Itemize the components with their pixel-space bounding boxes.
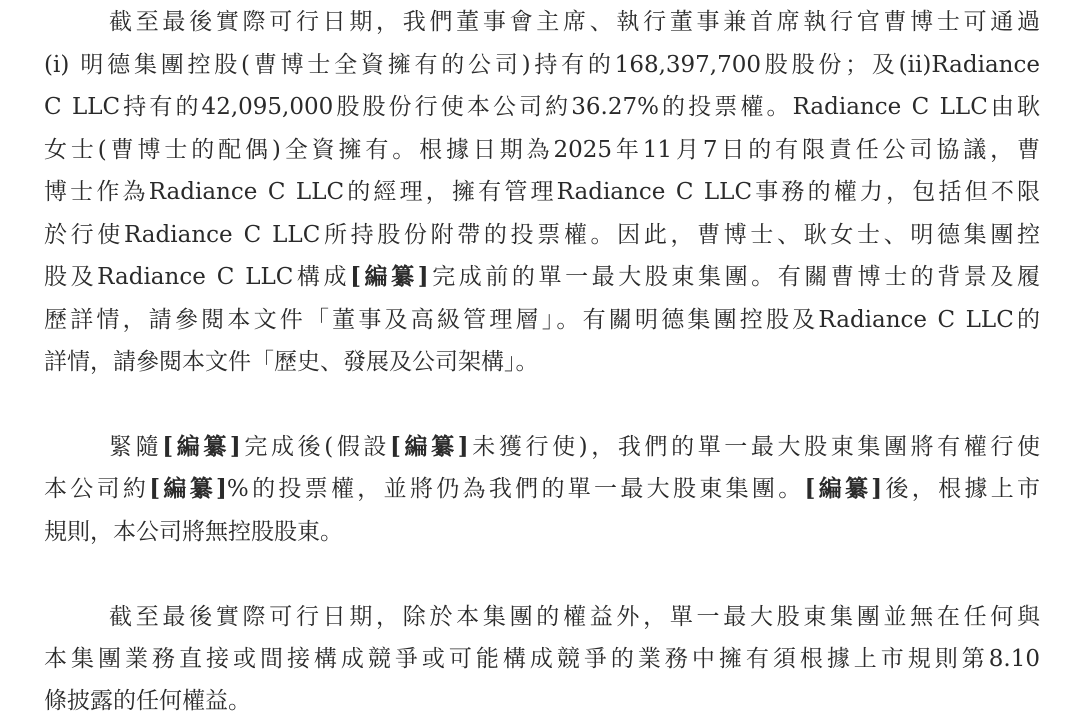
redaction-marker: [編纂] — [390, 433, 469, 460]
paragraph-line: 博士作為Radiance C LLC的經理，擁有管理Radiance C LLC… — [44, 172, 1040, 212]
paragraph-line: 條披露的任何權益。 — [44, 681, 1040, 720]
paragraph-line: 本集團業務直接或間接構成競爭或可能構成競爭的業務中擁有須根據上市規則第8.10 — [44, 639, 1040, 679]
paragraph-line: (i) 明德集團控股(曹博士全資擁有的公司)持有的168,397,700股股份；… — [44, 45, 1040, 85]
document-page: 截至最後實際可行日期，我們董事會主席、執行董事兼首席執行官曹博士可通過 (i) … — [0, 0, 1067, 720]
paragraph-line: 女士(曹博士的配偶)全資擁有。根據日期為2025年11月7日的有限責任公司協議，… — [44, 130, 1040, 170]
paragraph-line: 本公司約[編纂]%的投票權，並將仍為我們的單一最大股東集團。[編纂]後，根據上市 — [44, 469, 1040, 509]
redaction-marker: [編纂] — [350, 263, 429, 290]
paragraph-line: C LLC持有的42,095,000股股份行使本公司約36.27%的投票權。Ra… — [44, 87, 1040, 127]
paragraph-line: 於行使Radiance C LLC所持股份附帶的投票權。因此，曹博士、耿女士、明… — [44, 215, 1040, 255]
redaction-marker: [編纂] — [149, 475, 227, 502]
paragraph-line: 規則，本公司將無控股股東。 — [44, 512, 1040, 552]
paragraph-line: 緊隨[編纂]完成後(假設[編纂]未獲行使)，我們的單一最大股東集團將有權行使 — [109, 427, 1040, 467]
paragraph-line: 股及Radiance C LLC構成[編纂]完成前的單一最大股東集團。有關曹博士… — [44, 257, 1040, 297]
paragraph-line: 截至最後實際可行日期，我們董事會主席、執行董事兼首席執行官曹博士可通過 — [109, 2, 1040, 42]
paragraph-line: 截至最後實際可行日期，除於本集團的權益外，單一最大股東集團並無在任何與 — [109, 597, 1040, 637]
paragraph-line: 詳情，請參閱本文件「歷史、發展及公司架構」。 — [44, 342, 1040, 382]
redaction-marker: [編纂] — [805, 475, 883, 502]
paragraph-line: 歷詳情，請參閱本文件「董事及高級管理層」。有關明德集團控股及Radiance C… — [44, 300, 1040, 340]
redaction-marker: [編纂] — [162, 433, 241, 460]
